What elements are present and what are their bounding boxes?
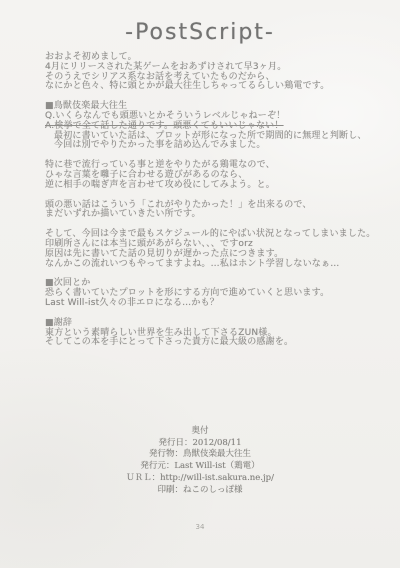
colophon-publication: 発行物：鳥獣伎楽最大往生 xyxy=(0,449,400,461)
text-line: なんかこの流れいつもやってますよね。…私はホント学習しないなぁ… xyxy=(45,260,372,270)
scanned-afterword-page: -PostScript- おおよそ初めまして。 4月にリリースされた某ゲームをお… xyxy=(0,0,400,568)
colophon: 奥付 発行日：2012/08/11 発行物：鳥獣伎楽最大往生 発行元：Last … xyxy=(0,426,400,496)
text-line: 今回は別でやりたかった事を詰め込んでみました。 xyxy=(45,141,372,151)
text-line: なにかと色々、特に頭とかが最大往生しちゃってるらしい鶏電です。 xyxy=(45,82,372,92)
paragraph: 頭の悪い話はこういう「これがやりたかった！」を出来るので、 まだいずれか描いてい… xyxy=(45,201,372,221)
section-next-time: ■次回とか 恐らく書いていたプロットを形にする方向で進めていくと思います。 La… xyxy=(45,279,372,308)
text-line: まだいずれか描いていきたい所です。 xyxy=(45,210,372,220)
colophon-url: ＵＲＬ：http://will-ist.sakura.ne.jp/ xyxy=(0,473,400,485)
paragraph: 特に巷で流行っている事と逆をやりたがる鶏電なので、 ひゃな言葉を囃子に合わせる遊… xyxy=(45,161,372,190)
colophon-publisher: 発行元：Last Will-ist（鶏電） xyxy=(0,461,400,473)
page-number: 34 xyxy=(0,523,400,531)
paragraph: そして、今回は今まで最もスケジュール的にやばい状況となってしまいました。 印刷所… xyxy=(45,230,372,269)
intro-paragraph: おおよそ初めまして。 4月にリリースされた某ゲームをおあずけされて早3ヶ月。 そ… xyxy=(45,53,372,92)
section-book-title: ■鳥獣伎楽最大往生 Q.いくらなんでも頭悪いとかそういうレベルじゃねーぞ！ A.… xyxy=(45,102,372,151)
text-line: 逆に相手の喘ぎ声を言わせて攻め役にしてみよう。と。 xyxy=(45,181,372,191)
colophon-printer: 印刷：ねこのしっぽ様 xyxy=(0,485,400,497)
section-acknowledgements: ■謝辞 東方という素晴らしい世界を生み出して下さるZUN様。 そしてこの本を手に… xyxy=(45,319,372,348)
page-title: -PostScript- xyxy=(0,20,400,45)
colophon-heading: 奥付 xyxy=(0,426,400,438)
afterword-body: おおよそ初めまして。 4月にリリースされた某ゲームをおあずけされて早3ヶ月。 そ… xyxy=(45,53,372,358)
text-line: そしてこの本を手にとって下さった貴方に最大級の感謝を。 xyxy=(45,338,372,348)
colophon-publish-date: 発行日：2012/08/11 xyxy=(0,438,400,450)
text-line: Last Will-ist久々の非エロになる…かも？ xyxy=(45,299,372,309)
